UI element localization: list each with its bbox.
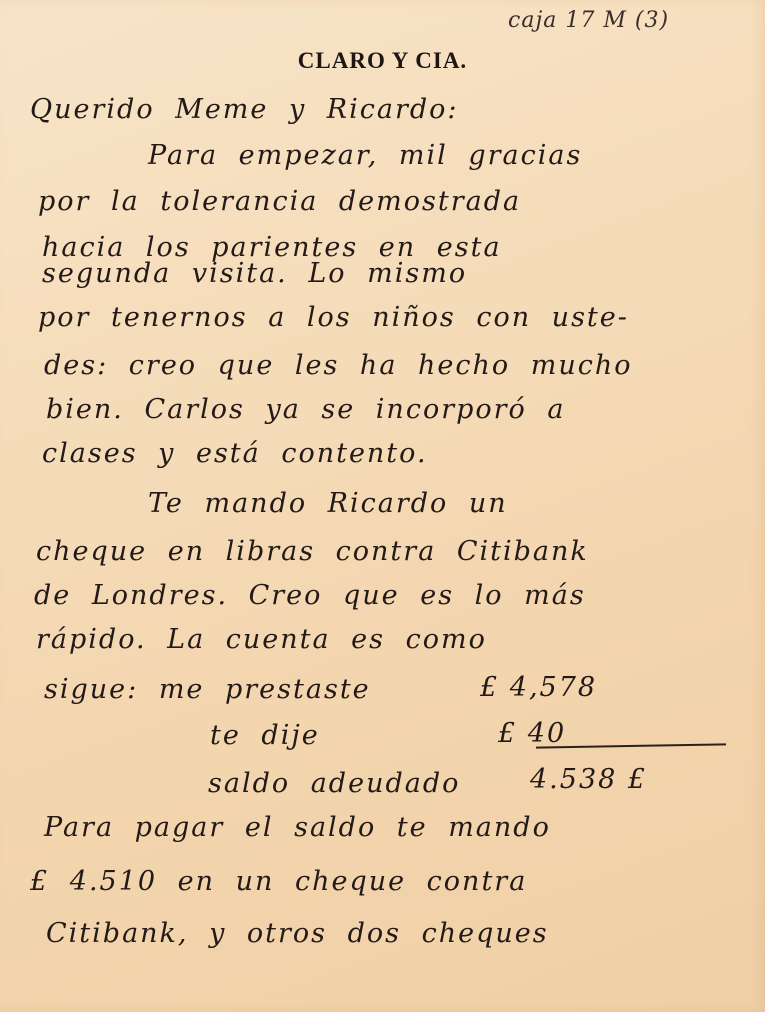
- letter-line: cheque en libras contra Citibank: [36, 536, 589, 567]
- letter-line: Te mando Ricardo un: [148, 488, 508, 519]
- letter-line: Para empezar, mil gracias: [148, 140, 582, 171]
- letter-line: clases y está contento.: [42, 438, 428, 469]
- letter-line: des: creo que les ha hecho mucho: [44, 350, 632, 381]
- ledger-amount-balance: 4.538 £: [530, 764, 647, 795]
- ledger-label-balance: saldo adeudado: [208, 768, 460, 799]
- letter-line: de Londres. Creo que es lo más: [34, 580, 586, 611]
- ledger-amount-loaned: £ 4,578: [480, 672, 597, 703]
- letter-line: rápido. La cuenta es como: [36, 624, 487, 655]
- letter-line: Citibank, y otros dos cheques: [46, 918, 549, 949]
- letter-page: caja 17 M (3) CLARO Y CIA. Querido Meme …: [0, 0, 765, 1012]
- letter-line: bien. Carlos ya se incorporó a: [46, 394, 565, 425]
- letter-line: por la tolerancia demostrada: [38, 186, 521, 217]
- ledger-label-loaned: sigue: me prestaste: [44, 674, 371, 705]
- ledger-label-told: te dije: [210, 720, 320, 751]
- letter-line: segunda visita. Lo mismo: [42, 258, 467, 289]
- ledger-amount-told: £ 40: [498, 718, 566, 749]
- salutation: Querido Meme y Ricardo:: [30, 94, 459, 125]
- archive-reference: caja 17 M (3): [508, 8, 669, 33]
- letter-line: Para pagar el saldo te mando: [44, 812, 551, 843]
- letterhead: CLARO Y CIA.: [0, 48, 765, 74]
- letter-line: por tenernos a los niños con uste-: [38, 302, 629, 333]
- letter-line: £ 4.510 en un cheque contra: [30, 866, 527, 897]
